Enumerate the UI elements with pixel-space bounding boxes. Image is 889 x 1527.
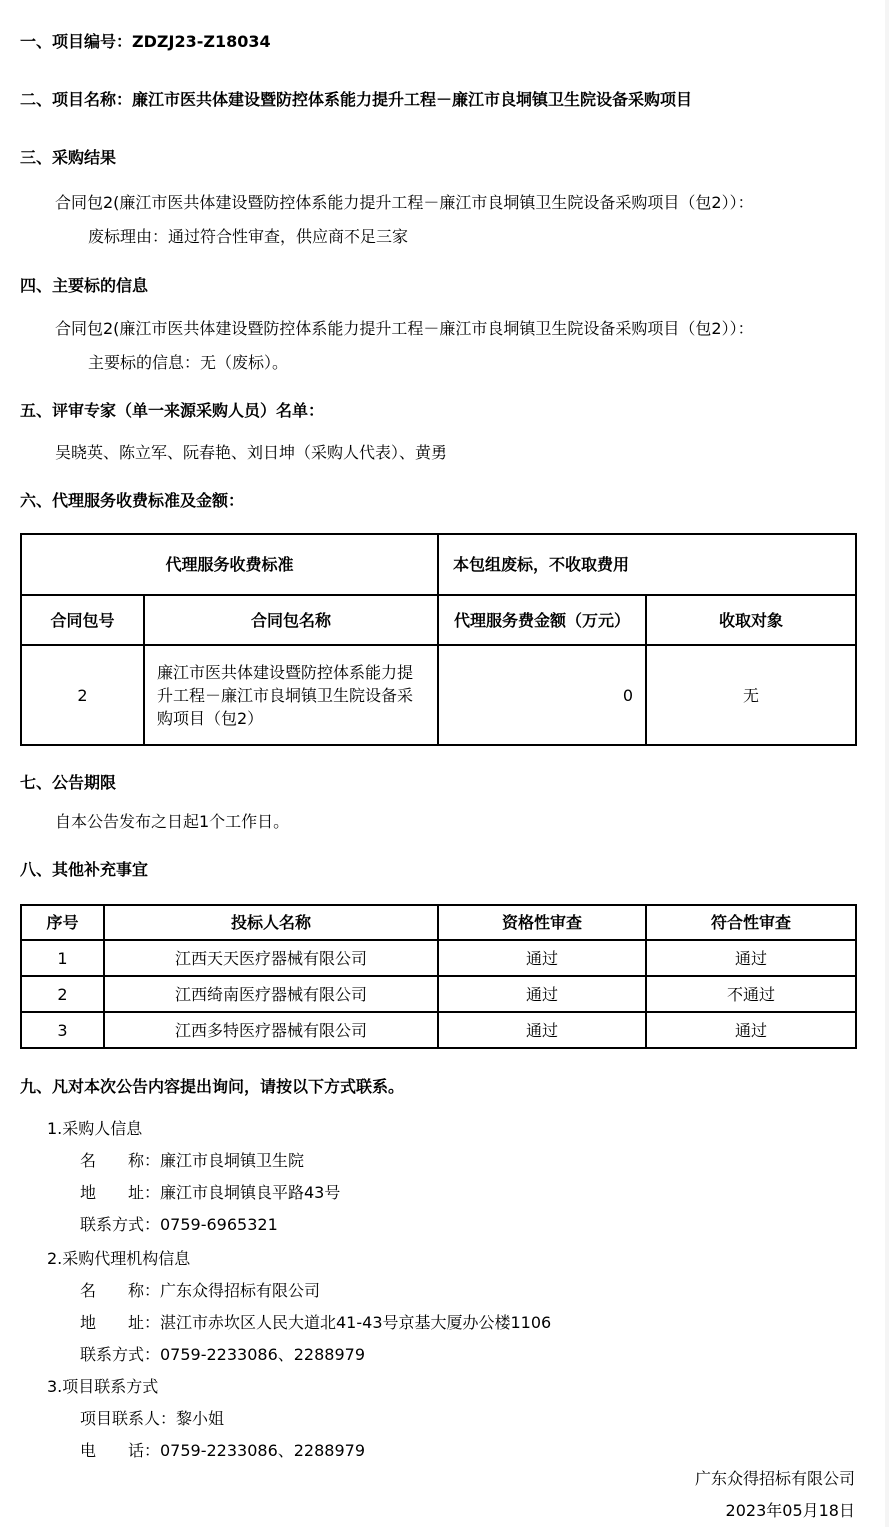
experts-names-line: 吴晓英、陈立军、阮春艳、刘日坤（采购人代表）、黄勇: [55, 442, 855, 463]
review-table-row: 2 江西绮南医疗器械有限公司 通过 不通过: [21, 976, 856, 1012]
qualification-result-cell: 通过: [438, 1012, 646, 1048]
fee-amount-header: 代理服务费金额（万元）: [438, 595, 646, 645]
qualification-result-cell: 通过: [438, 940, 646, 976]
conformity-result-cell: 通过: [646, 940, 856, 976]
announcement-document: 一、项目编号：ZDZJ23-Z18034 二、项目名称：廉江市医共体建设暨防控体…: [0, 0, 889, 1521]
procurement-result-heading: 三、采购结果: [20, 147, 855, 168]
announcement-period-heading: 七、公告期限: [20, 772, 855, 793]
project-contact-person-line: 项目联系人：黎小姐: [80, 1408, 855, 1429]
footer-agency-name: 广东众得招标有限公司: [20, 1468, 855, 1489]
conformity-review-header: 符合性审查: [646, 905, 856, 940]
bidder-name-cell: 江西多特医疗器械有限公司: [104, 1012, 438, 1048]
serial-no-cell: 2: [21, 976, 104, 1012]
project-name-heading: 二、项目名称：廉江市医共体建设暨防控体系能力提升工程－廉江市良垌镇卫生院设备采购…: [20, 89, 855, 110]
review-table-header-row: 序号 投标人名称 资格性审查 符合性审查: [21, 905, 856, 940]
buyer-info-title: 1.采购人信息: [47, 1118, 855, 1139]
agency-fee-table: 代理服务收费标准 本包组废标，不收取费用 合同包号 合同包名称 代理服务费金额（…: [20, 533, 857, 746]
project-phone-line: 电 话：0759-2233086、2288979: [80, 1440, 855, 1461]
rejection-reason-line: 废标理由：通过符合性审查，供应商不足三家: [88, 226, 855, 247]
buyer-name-line: 名 称：廉江市良垌镇卫生院: [80, 1150, 855, 1171]
package-no-cell: 2: [21, 645, 144, 745]
announcement-period-text: 自本公告发布之日起1个工作日。: [55, 811, 855, 832]
charge-target-header: 收取对象: [646, 595, 856, 645]
fee-table-merged-header-row: 代理服务收费标准 本包组废标，不收取费用: [21, 534, 856, 595]
package-name-cell: 廉江市医共体建设暨防控体系能力提升工程－廉江市良垌镇卫生院设备采购项目（包2）: [144, 645, 438, 745]
buyer-phone-line: 联系方式：0759-6965321: [80, 1214, 855, 1235]
buyer-address-line: 地 址：廉江市良垌镇良平路43号: [80, 1182, 855, 1203]
charge-target-cell: 无: [646, 645, 856, 745]
fee-table-column-header-row: 合同包号 合同包名称 代理服务费金额（万元） 收取对象: [21, 595, 856, 645]
result-contract-package-line: 合同包2(廉江市医共体建设暨防控体系能力提升工程－廉江市良垌镇卫生院设备采购项目…: [55, 192, 855, 213]
serial-no-cell: 1: [21, 940, 104, 976]
qualification-result-cell: 通过: [438, 976, 646, 1012]
project-number-heading: 一、项目编号：ZDZJ23-Z18034: [20, 31, 855, 52]
package-no-header: 合同包号: [21, 595, 144, 645]
conformity-result-cell: 不通过: [646, 976, 856, 1012]
package-name-header: 合同包名称: [144, 595, 438, 645]
serial-no-header: 序号: [21, 905, 104, 940]
conformity-result-cell: 通过: [646, 1012, 856, 1048]
qualification-review-header: 资格性审查: [438, 905, 646, 940]
footer-date: 2023年05月18日: [20, 1500, 855, 1521]
agency-phone-line: 联系方式：0759-2233086、2288979: [80, 1344, 855, 1365]
subject-contract-package-line: 合同包2(廉江市医共体建设暨防控体系能力提升工程－廉江市良垌镇卫生院设备采购项目…: [55, 318, 855, 339]
fee-amount-cell: 0: [438, 645, 646, 745]
right-scrollbar-track[interactable]: [885, 0, 889, 1527]
bidder-name-cell: 江西天天医疗器械有限公司: [104, 940, 438, 976]
project-contact-title: 3.项目联系方式: [47, 1376, 855, 1397]
agency-address-line: 地 址：湛江市赤坎区人民大道北41-43号京基大厦办公楼1106: [80, 1312, 855, 1333]
review-experts-heading: 五、评审专家（单一来源采购人员）名单：: [20, 400, 855, 421]
main-subject-heading: 四、主要标的信息: [20, 275, 855, 296]
serial-no-cell: 3: [21, 1012, 104, 1048]
bidder-name-cell: 江西绮南医疗器械有限公司: [104, 976, 438, 1012]
review-table-row: 1 江西天天医疗器械有限公司 通过 通过: [21, 940, 856, 976]
contact-info-heading: 九、凡对本次公告内容提出询问，请按以下方式联系。: [20, 1076, 855, 1097]
main-subject-info-line: 主要标的信息：无（废标）。: [88, 352, 855, 373]
agency-name-line: 名 称：广东众得招标有限公司: [80, 1280, 855, 1301]
fee-standard-merged-header: 代理服务收费标准: [21, 534, 438, 595]
supplementary-matters-heading: 八、其他补充事宜: [20, 859, 855, 880]
bidder-review-table: 序号 投标人名称 资格性审查 符合性审查 1 江西天天医疗器械有限公司 通过 通…: [20, 904, 857, 1049]
agency-fee-heading: 六、代理服务收费标准及金额：: [20, 490, 855, 511]
review-table-row: 3 江西多特医疗器械有限公司 通过 通过: [21, 1012, 856, 1048]
bidder-name-header: 投标人名称: [104, 905, 438, 940]
fee-table-data-row: 2 廉江市医共体建设暨防控体系能力提升工程－廉江市良垌镇卫生院设备采购项目（包2…: [21, 645, 856, 745]
fee-note-merged-header: 本包组废标，不收取费用: [438, 534, 856, 595]
agency-info-title: 2.采购代理机构信息: [47, 1248, 855, 1269]
